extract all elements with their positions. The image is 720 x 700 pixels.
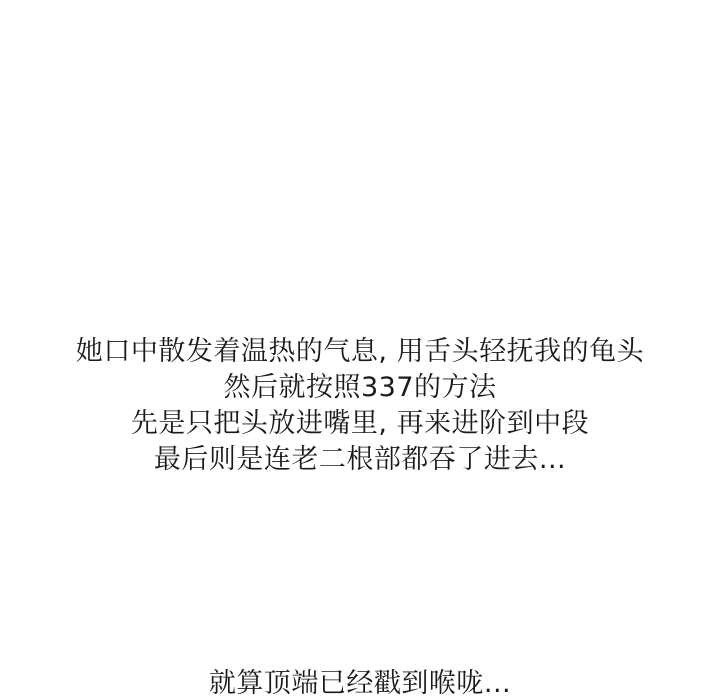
narration-line-3: 先是只把头放进嘴里, 再来进阶到中段 xyxy=(0,406,720,442)
narration-line-4: 最后则是连老二根部都吞了进去... xyxy=(0,442,720,478)
bottom-caption-line: 就算顶端已经戳到喉咙... xyxy=(0,666,720,700)
narration-line-1: 她口中散发着温热的气息, 用舌头轻抚我的龟头 xyxy=(0,334,720,370)
comic-page: 她口中散发着温热的气息, 用舌头轻抚我的龟头 然后就按照337的方法 先是只把头… xyxy=(0,0,720,700)
narration-block: 她口中散发着温热的气息, 用舌头轻抚我的龟头 然后就按照337的方法 先是只把头… xyxy=(0,334,720,478)
narration-line-2: 然后就按照337的方法 xyxy=(0,370,720,406)
